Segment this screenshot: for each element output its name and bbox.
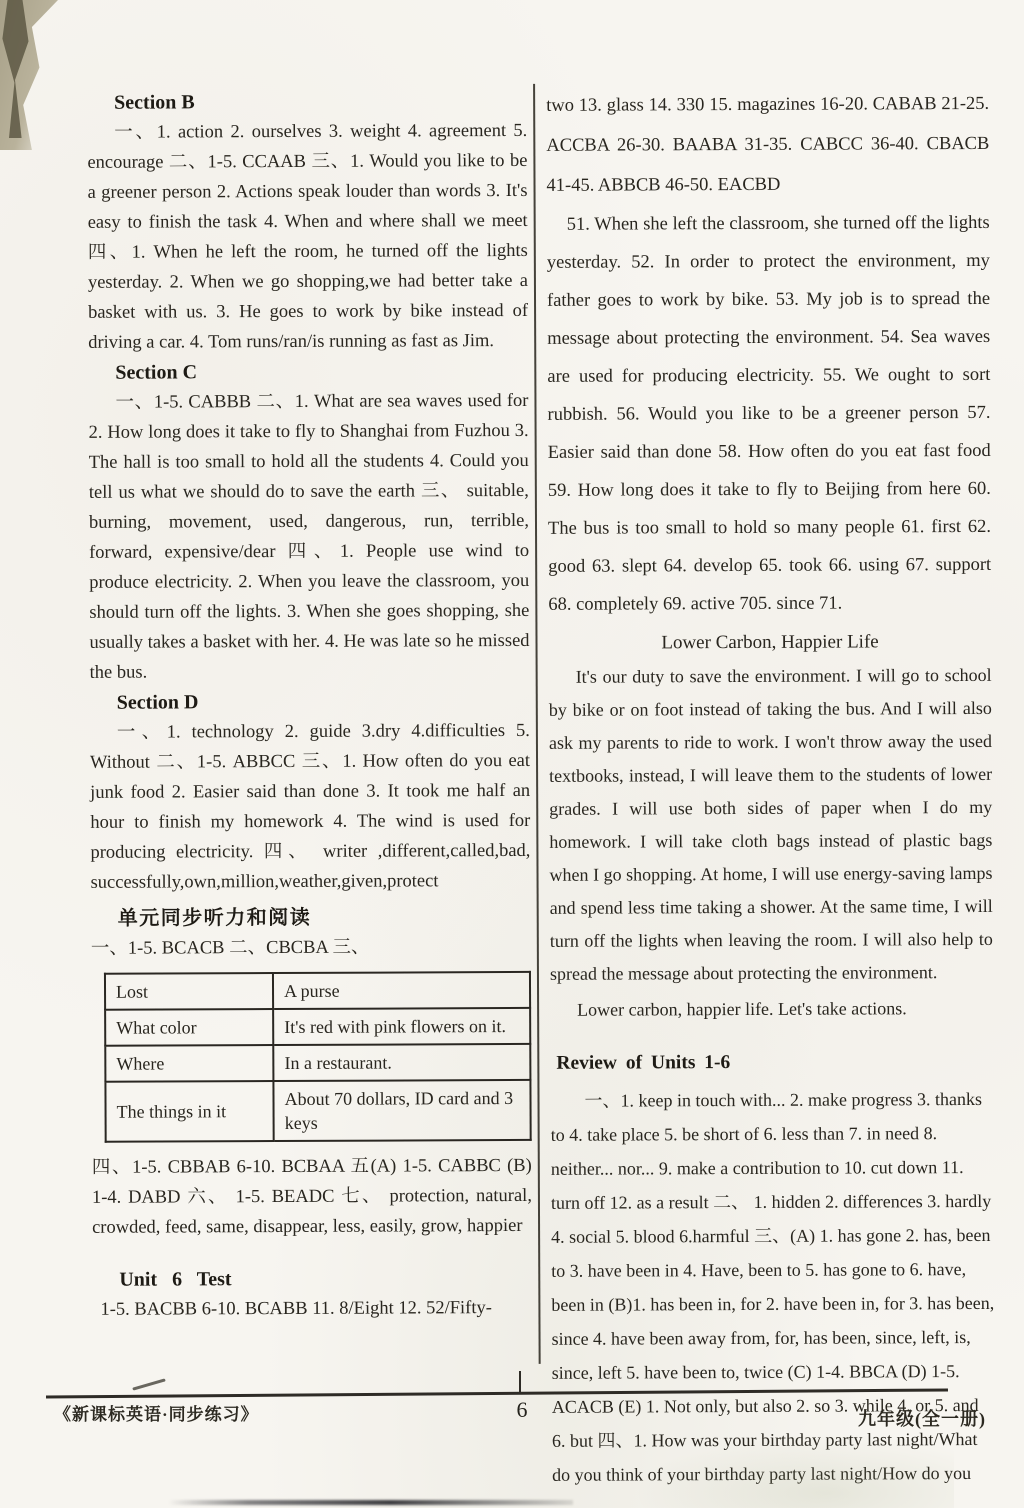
- section-b-answers: 一、1. action 2. ourselves 3. weight 4. ag…: [87, 116, 528, 358]
- table-row: What color It's red with pink flowers on…: [105, 1008, 530, 1046]
- listening-answers: 一、1-5. BCACB 二、CBCBA 三、: [91, 932, 531, 964]
- lost-item-table: Lost A purse What color It's red with pi…: [104, 971, 532, 1143]
- review-units-heading: Review of Units 1-6: [550, 1051, 993, 1075]
- scanned-answer-page: Section B 一、1. action 2. ourselves 3. we…: [0, 0, 1024, 1508]
- footer-book-title: 《新课标英语·同步练习》: [54, 1400, 259, 1425]
- table-cell-where-value: In a restaurant.: [273, 1044, 530, 1081]
- essay-title: Lower Carbon, Happier Life: [548, 631, 991, 655]
- left-column: Section B 一、1. action 2. ourselves 3. we…: [87, 86, 532, 1325]
- table-cell-things-value: About 70 dollars, ID card and 3 keys: [274, 1080, 531, 1141]
- section-d-answers: 一、1. technology 2. guide 3.dry 4.difficu…: [90, 716, 531, 898]
- paper-mottle: [634, 1433, 954, 1508]
- after-table-answers: 四、1-5. CBBAB 6-10. BCBAA 五(A) 1-5. CABBC…: [92, 1151, 532, 1243]
- section-b-heading: Section B: [87, 90, 527, 115]
- table-cell-things-label: The things in it: [105, 1081, 273, 1142]
- scan-smudge: [168, 1500, 573, 1505]
- page-content: Section B 一、1. action 2. ourselves 3. we…: [0, 0, 1024, 1508]
- unit6-answers: 1-5. BACBB 6-10. BCABB 11. 8/Eight 12. 5…: [92, 1293, 532, 1325]
- table-cell-color-label: What color: [105, 1009, 273, 1046]
- table-row: Lost A purse: [105, 972, 530, 1010]
- section-d-heading: Section D: [90, 690, 530, 715]
- table-cell-where-label: Where: [105, 1045, 273, 1082]
- page-number: 6: [500, 1397, 544, 1423]
- table-cell-lost-label: Lost: [105, 973, 273, 1010]
- essay-closing-line: Lower carbon, happier life. Let's take a…: [550, 992, 993, 1027]
- right-column: two 13. glass 14. 330 15. magazines 16-2…: [546, 84, 995, 1492]
- essay-paragraph: It's our duty to save the environment. I…: [549, 659, 993, 991]
- table-cell-lost-value: A purse: [273, 972, 530, 1009]
- table-row: The things in it About 70 dollars, ID ca…: [105, 1080, 530, 1142]
- unit6-test-heading: Unit 6 Test: [92, 1267, 532, 1292]
- listening-reading-heading: 单元同步听力和阅读: [91, 900, 531, 931]
- footer-grade-label: 九年级(全一册): [858, 1405, 986, 1431]
- section-c-answers: 一、1-5. CABBB 二、1. What are sea waves use…: [88, 386, 529, 688]
- column-divider: [533, 84, 541, 1364]
- footer-center-tick: [519, 1371, 521, 1392]
- continued-answers: two 13. glass 14. 330 15. magazines 16-2…: [546, 84, 990, 206]
- table-cell-color-value: It's red with pink flowers on it.: [273, 1008, 530, 1045]
- table-row: Where In a restaurant.: [105, 1044, 530, 1082]
- sentence-answers: 51. When she left the classroom, she tur…: [547, 204, 992, 624]
- section-c-heading: Section C: [88, 360, 528, 385]
